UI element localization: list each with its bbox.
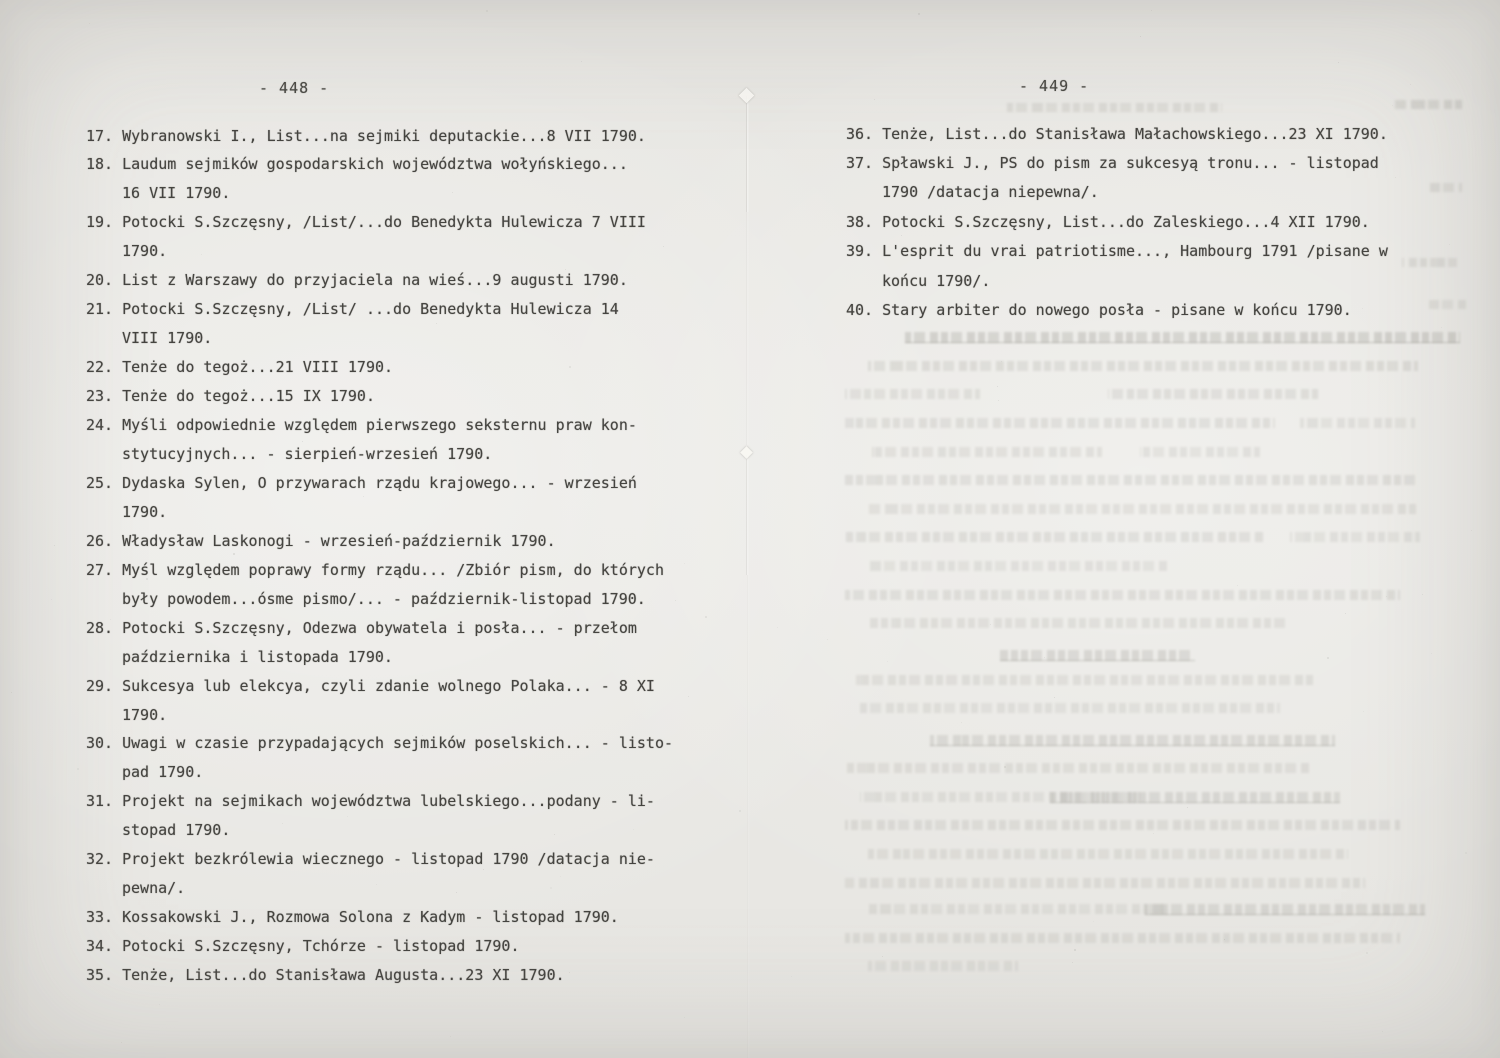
paper-speck: [1465, 852, 1467, 854]
paper-speck: [1471, 530, 1472, 531]
bleedthrough-line: [868, 904, 1168, 914]
paper-speck: [1392, 105, 1393, 106]
paper-speck: [1382, 1031, 1383, 1032]
entry-line: 28. Potocki S.Szczęsny, Odezwa obywatela…: [86, 619, 637, 637]
paper-speck: [1044, 657, 1045, 658]
paper-speck: [688, 696, 689, 697]
entry-line: 36. Tenże, List...do Stanisława Małachow…: [846, 125, 1388, 143]
paper-speck: [874, 99, 875, 100]
paper-speck: [918, 13, 920, 15]
entry-line: 39. L'esprit du vrai patriotisme..., Ham…: [846, 242, 1388, 260]
bleedthrough-line: [1300, 418, 1415, 428]
paper-speck: [11, 692, 12, 693]
bleedthrough-line: [905, 332, 1460, 343]
paper-speck: [1140, 36, 1141, 37]
paper-speck: [705, 616, 707, 618]
bleedthrough-line: [868, 849, 1348, 859]
entry-line: 38. Potocki S.Szczęsny, List...do Zalesk…: [846, 213, 1370, 231]
paper-speck: [1187, 807, 1188, 808]
entry-line: 27. Myśl względem poprawy formy rządu...…: [86, 561, 664, 579]
crease-notch: [739, 88, 755, 104]
paper-speck: [901, 235, 902, 236]
entry-continuation-line: 1790.: [122, 503, 167, 521]
paper-speck: [1338, 62, 1339, 63]
bleedthrough-line: [1000, 650, 1195, 661]
crease-line: [746, 212, 749, 445]
entry-line: 33. Kossakowski J., Rozmowa Solona z Kad…: [86, 908, 619, 926]
paper-speck: [560, 876, 561, 877]
paper-speck: [54, 545, 55, 546]
bleedthrough-line: [845, 389, 980, 399]
bleedthrough-line: [845, 820, 1400, 830]
paper-speck: [1327, 657, 1329, 659]
bleedthrough-line: [1290, 532, 1420, 542]
page-number-left: - 448 -: [259, 79, 329, 97]
entry-continuation-line: były powodem...ósme pismo/... - paździer…: [122, 590, 646, 608]
paper-speck: [1151, 10, 1152, 11]
paper-speck: [1237, 585, 1238, 586]
entry-line: 22. Tenże do tegoż...21 VIII 1790.: [86, 358, 393, 376]
paper-speck: [51, 599, 52, 600]
paper-speck: [233, 553, 235, 555]
paper-speck: [581, 61, 582, 62]
bleedthrough-line: [845, 532, 1265, 542]
paper-speck: [483, 869, 484, 870]
paper-speck: [1410, 84, 1411, 85]
paper-speck: [961, 722, 962, 723]
paper-speck: [1449, 244, 1450, 245]
entry-line: 30. Uwagi w czasie przypadających sejmik…: [86, 734, 673, 752]
paper-speck: [887, 661, 888, 662]
bleedthrough-line: [868, 561, 1168, 571]
bleedthrough-line: [868, 361, 1418, 371]
paper-speck: [684, 1017, 685, 1018]
bleedthrough-line: [1108, 389, 1318, 399]
entry-continuation-line: 1790 /datacja niepewna/.: [882, 183, 1099, 201]
entry-line: 31. Projekt na sejmikach województwa lub…: [86, 792, 655, 810]
paper-speck: [302, 441, 303, 442]
paper-speck: [77, 768, 79, 770]
paper-speck: [1224, 939, 1225, 940]
paper-speck: [550, 887, 552, 889]
bleedthrough-line: [845, 933, 1400, 943]
entry-line: 21. Potocki S.Szczęsny, /List/ ...do Ben…: [86, 300, 619, 318]
paper-speck: [363, 496, 364, 497]
bleedthrough-line: [1050, 792, 1340, 803]
bleedthrough-line: [1145, 904, 1425, 915]
paper-speck: [675, 600, 676, 601]
entry-continuation-line: końcu 1790/.: [882, 272, 990, 290]
bleedthrough-line: [1140, 447, 1260, 457]
paper-speck: [1054, 697, 1055, 698]
entry-line: 19. Potocki S.Szczęsny, /List/...do Bene…: [86, 213, 646, 231]
paper-speck: [1072, 962, 1073, 963]
paper-speck: [159, 1004, 160, 1005]
bleedthrough-fragment: [1402, 258, 1457, 267]
paper-speck: [1153, 833, 1154, 834]
entry-line: 29. Sukcesya lub elekcya, czyli zdanie w…: [86, 677, 655, 695]
paper-speck: [376, 884, 377, 885]
paper-speck: [1074, 949, 1076, 951]
paper-speck: [1345, 613, 1346, 614]
paper-speck: [998, 400, 999, 401]
bleedthrough-line: [872, 447, 1102, 457]
bleedthrough-line: [845, 763, 1310, 773]
entry-continuation-line: stytucyjnych... - sierpień-wrzesień 1790…: [122, 445, 492, 463]
paper-speck: [554, 834, 555, 835]
paper-speck: [1093, 921, 1094, 922]
paper-speck: [456, 892, 457, 893]
bleedthrough-line: [845, 590, 1400, 600]
entry-continuation-line: VIII 1790.: [122, 329, 212, 347]
paper-speck: [1001, 361, 1002, 362]
paper-speck: [791, 976, 792, 977]
paper-speck: [201, 254, 202, 255]
entry-line: 20. List z Warszawy do przyjaciela na wi…: [86, 271, 628, 289]
bleedthrough-line: [845, 418, 1275, 428]
paper-speck: [569, 366, 571, 368]
paper-speck: [436, 323, 437, 324]
paper-speck: [739, 810, 741, 812]
paper-speck: [990, 624, 991, 625]
entry-continuation-line: października i listopada 1790.: [122, 648, 393, 666]
paper-speck: [777, 627, 778, 628]
crease-line: [746, 96, 749, 212]
bleedthrough-line: [868, 961, 1018, 971]
entry-continuation-line: 1790.: [122, 242, 167, 260]
paper-speck: [997, 386, 998, 387]
paper-speck: [1395, 177, 1396, 178]
paper-speck: [1386, 596, 1387, 597]
crease-notch: [740, 446, 753, 459]
entry-line: 37. Spławski J., PS do pism za sukcesyą …: [846, 154, 1379, 172]
paper-speck: [633, 829, 634, 830]
crease-line: [746, 455, 749, 575]
paper-speck: [1366, 952, 1368, 954]
entry-continuation-line: 16 VII 1790.: [122, 184, 230, 202]
paper-speck: [1431, 653, 1432, 654]
entry-line: 24. Myśli odpowiednie względem pierwszeg…: [86, 416, 637, 434]
bleedthrough-line: [868, 618, 1288, 628]
paper-speck: [452, 192, 453, 193]
entry-line: 23. Tenże do tegoż...15 IX 1790.: [86, 387, 375, 405]
paper-speck: [121, 1042, 122, 1043]
paper-speck: [684, 563, 685, 564]
paper-speck: [569, 972, 570, 973]
paper-speck: [882, 956, 883, 957]
paper-speck: [827, 639, 828, 640]
paper-speck: [1363, 711, 1364, 712]
paper-speck: [1441, 327, 1442, 328]
entry-continuation-line: stopad 1790.: [122, 821, 230, 839]
entry-continuation-line: pewna/.: [122, 879, 185, 897]
paper-speck: [282, 823, 283, 824]
bleedthrough-fragment: [1007, 103, 1222, 112]
bleedthrough-line: [860, 703, 1280, 713]
entry-line: 26. Władysław Laskonogi - wrzesień-paźdz…: [86, 532, 556, 550]
paper-speck: [663, 246, 664, 247]
bleedthrough-line: [845, 475, 1420, 485]
bleedthrough-line: [845, 878, 1365, 888]
bleedthrough-line: [853, 675, 1313, 685]
paper-speck: [1362, 308, 1363, 309]
bleedthrough-line: [860, 792, 1140, 802]
paper-speck: [89, 23, 90, 24]
page-number-right: - 449 -: [1019, 77, 1089, 95]
paper-speck: [1422, 594, 1423, 595]
entry-continuation-line: 1790.: [122, 706, 167, 724]
paper-speck: [565, 269, 566, 270]
book-scan: - 448 - - 449 - 17. Wybranowski I., List…: [0, 0, 1500, 1058]
paper-speck: [347, 816, 348, 817]
entry-line: 32. Projekt bezkrólewia wiecznego - list…: [86, 850, 655, 868]
entry-line: 17. Wybranowski I., List...na sejmiki de…: [86, 127, 646, 145]
paper-speck: [1004, 766, 1006, 768]
entry-line: 34. Potocki S.Szczęsny, Tchórze - listop…: [86, 937, 519, 955]
paper-speck: [486, 10, 488, 12]
bleedthrough-line: [868, 504, 1418, 514]
bleedthrough-fragment: [1430, 183, 1462, 192]
entry-line: 40. Stary arbiter do nowego posła - pisa…: [846, 301, 1352, 319]
entry-line: 25. Dydaska Sylen, O przywarach rządu kr…: [86, 474, 637, 492]
bleedthrough-fragment: [1428, 300, 1468, 309]
crease-line: [747, 575, 750, 1058]
entry-continuation-line: pad 1790.: [122, 763, 203, 781]
bleedthrough-line: [930, 735, 1335, 746]
paper-speck: [450, 1036, 451, 1037]
entry-line: 18. Laudum sejmików gospodarskich wojewó…: [86, 155, 628, 173]
bleedthrough-fragment: [1392, 100, 1462, 109]
entry-line: 35. Tenże, List...do Stanisława Augusta.…: [86, 966, 565, 984]
